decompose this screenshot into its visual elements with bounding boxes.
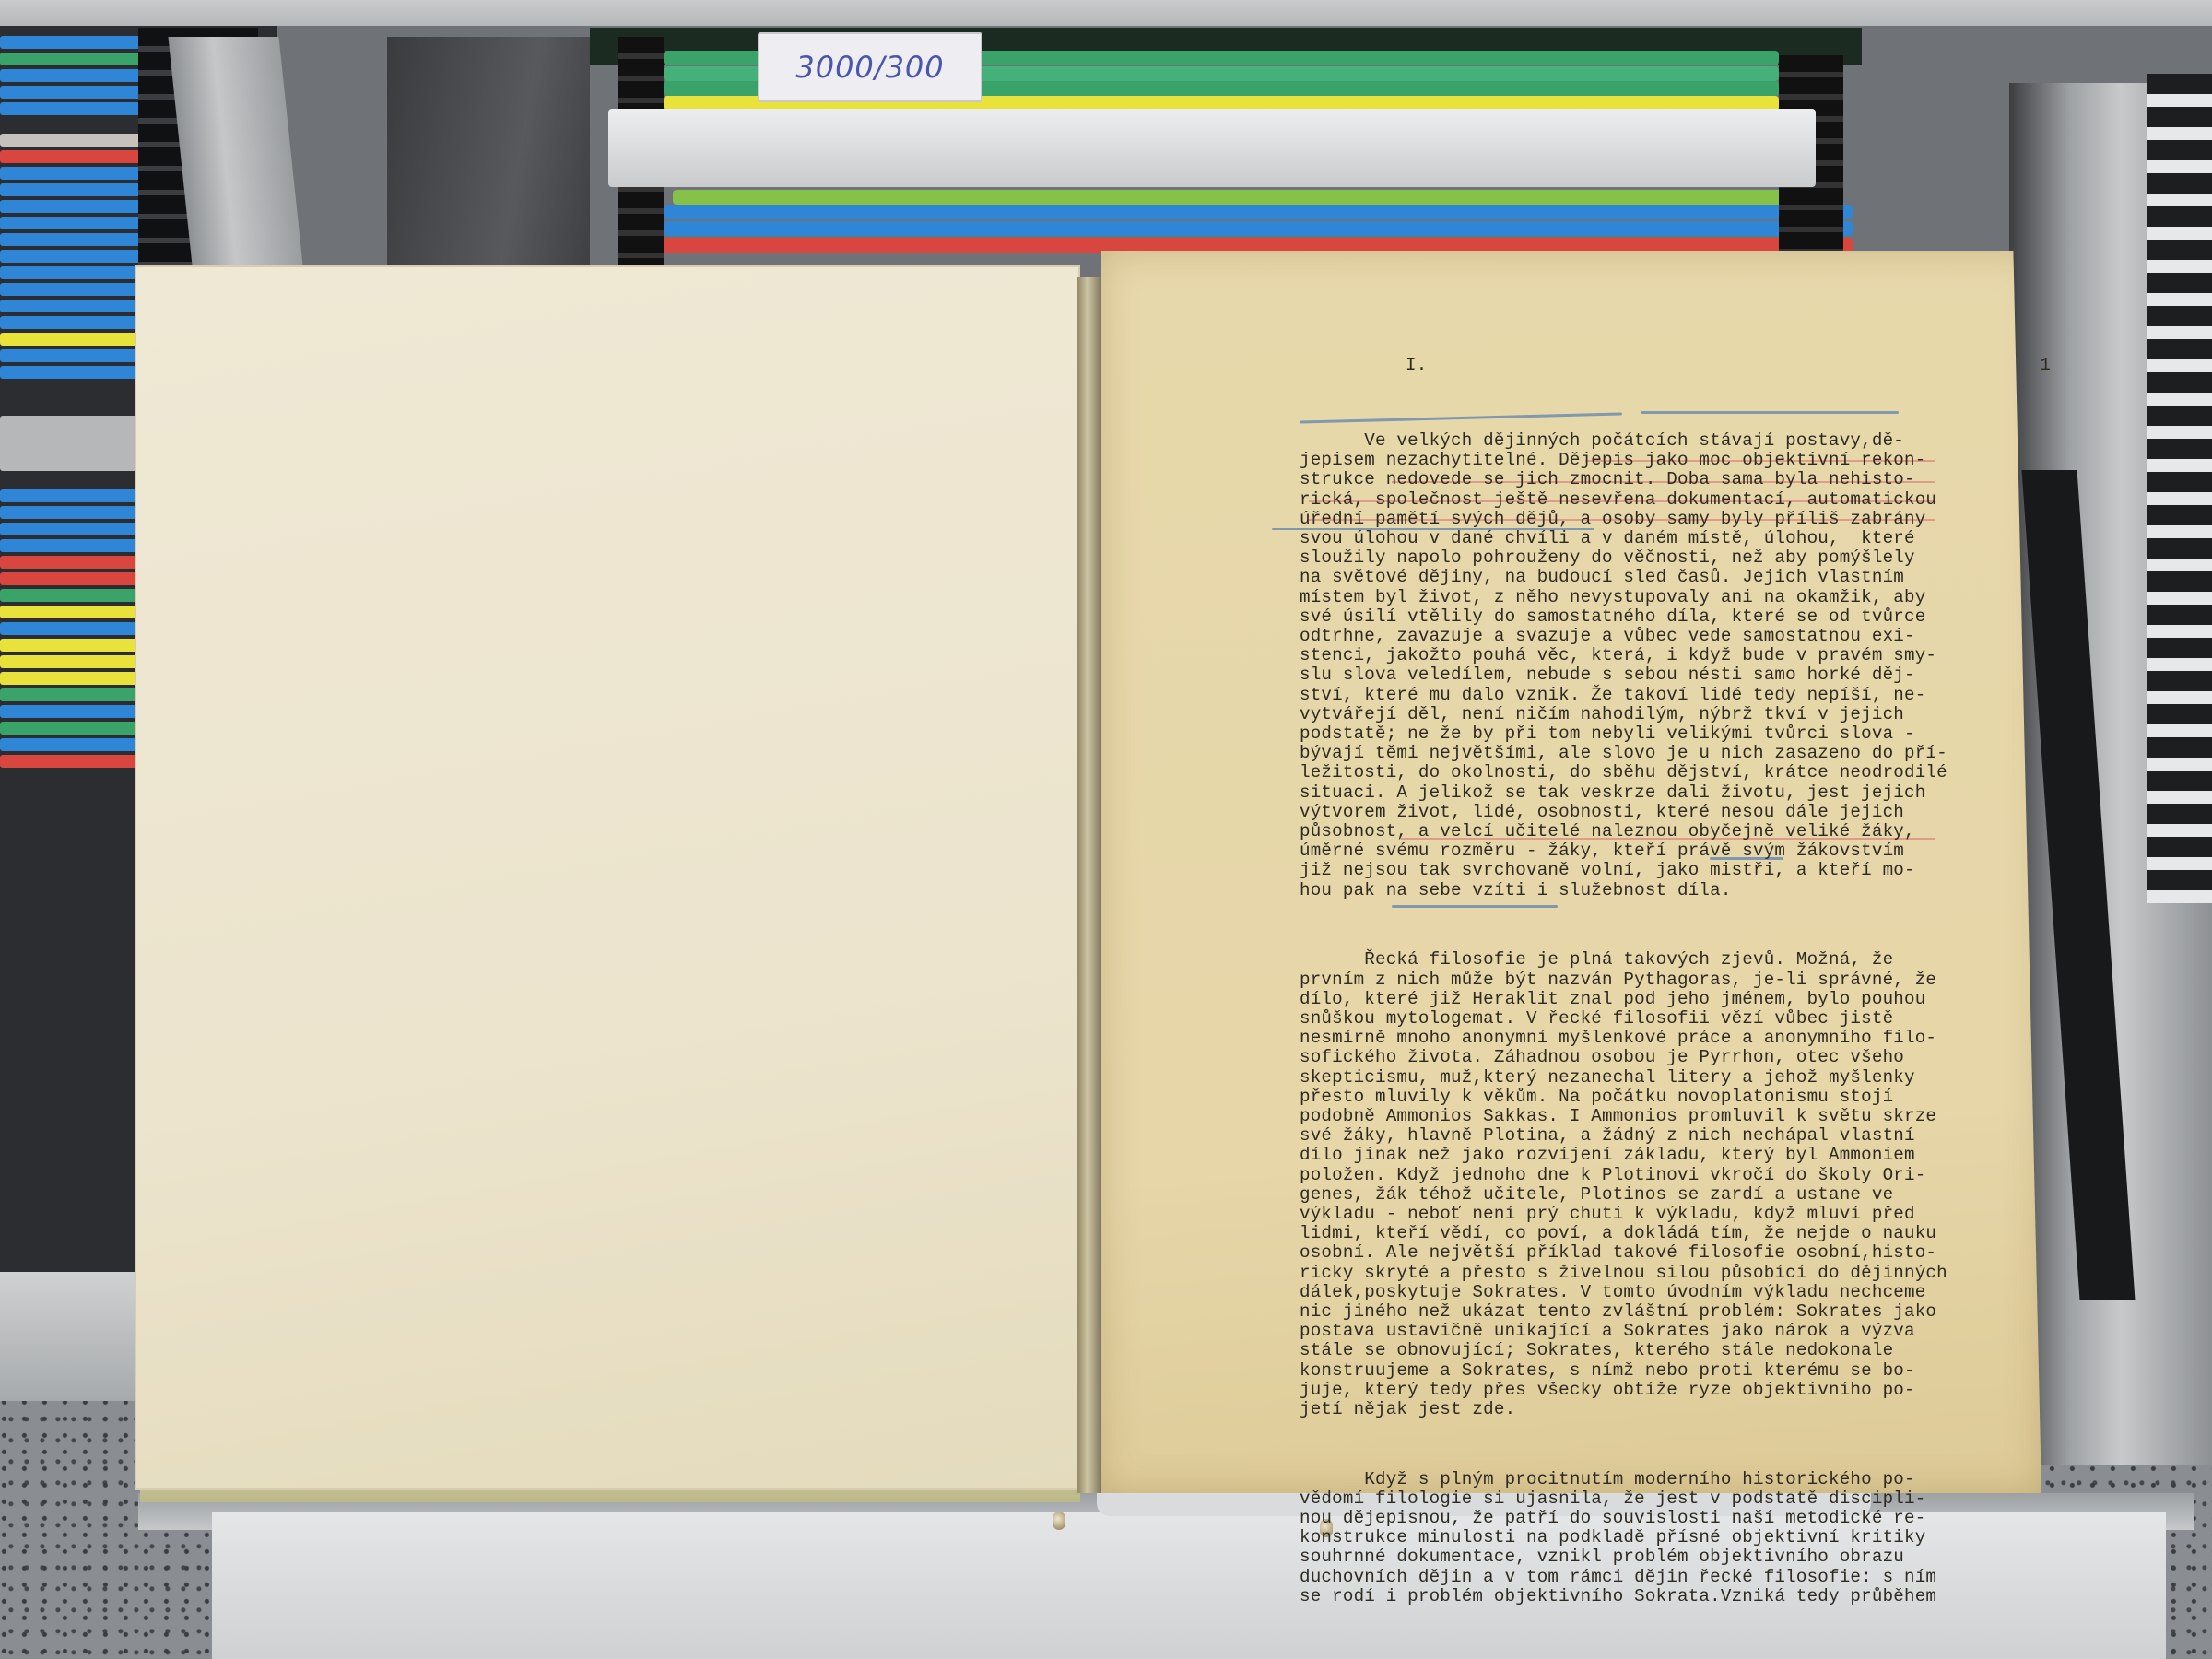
- text-line: položen. Když jednoho dne k Plotinovi vk…: [1300, 1166, 2000, 1185]
- text-line: dílo jinak než jako rozvíjení základu, k…: [1300, 1146, 2000, 1165]
- text-line: nou dějepisnou, že patří do souvislosti …: [1300, 1509, 2000, 1528]
- text-line: výtvorem život, lidé, osobnosti, které n…: [1300, 803, 2000, 822]
- text-line: Když s plným procitnutím moderního histo…: [1300, 1470, 2000, 1489]
- drawer-label-text: 3000/300: [795, 50, 944, 85]
- text-line: situaci. A jelikož se tak veskrze dali ž…: [1300, 783, 2000, 803]
- text-line: jetí nějak jest zde.: [1300, 1400, 2000, 1419]
- text-line: slu slova veledílem, nebude s sebou nést…: [1300, 665, 2000, 685]
- left-page-blank[interactable]: [136, 267, 1078, 1488]
- text-line: prvním z nich může být nazván Pythagoras…: [1300, 971, 2000, 990]
- typewritten-text: I. 1 Ve velkých dějinných počátcích stáv…: [1300, 317, 2000, 1637]
- drawer-label-tab: 3000/300: [758, 32, 982, 102]
- text-line: osobní. Ale největší příklad takové filo…: [1300, 1243, 2000, 1263]
- text-line: ricky skryté a přesto s živelnou silou p…: [1300, 1264, 2000, 1283]
- text-line: souhrnné dokumentace, vznikl problém obj…: [1300, 1547, 2000, 1567]
- paragraph-1: Ve velkých dějinných počátcích stávají p…: [1300, 431, 2000, 900]
- text-line: skepticismu, muž,který nezanechal litery…: [1300, 1068, 2000, 1088]
- chapter-number: I.: [1406, 356, 1427, 375]
- text-line: přesto mluvily k věkům. Na počátku novop…: [1300, 1088, 2000, 1107]
- text-line: genes, žák téhož učitele, Plotinos se za…: [1300, 1185, 2000, 1205]
- text-line: konstrukce minulosti na podkladě přísné …: [1300, 1528, 2000, 1547]
- text-line: konstruujeme a Sokrates, s nímž nebo pro…: [1300, 1361, 2000, 1381]
- text-line: stále se obnovující; Sokrates, kterého s…: [1300, 1341, 2000, 1360]
- text-line: odtrhne, zavazuje a svazuje a vůbec vede…: [1300, 627, 2000, 646]
- text-line: lidmi, kteří vědí, co poví, a dokládá tí…: [1300, 1224, 2000, 1243]
- text-line: ství, které mu dalo vznik. Že takoví lid…: [1300, 686, 2000, 705]
- text-line: úřední pamětí svých dějů, a osoby samy b…: [1300, 510, 2000, 529]
- text-line: snůškou mytologemat. V řecké filosofii v…: [1300, 1009, 2000, 1029]
- text-line: se rodí i problém objektivního Sokrata.V…: [1300, 1587, 2000, 1606]
- text-line: strukce nedovede se jich zmocnit. Doba s…: [1300, 470, 2000, 489]
- text-line: podstatě; ne že by při tom nebyli veliký…: [1300, 724, 2000, 744]
- text-line: úměrné svému rozměru - žáky, kteří právě…: [1300, 841, 2000, 861]
- text-line: podobně Ammonios Sakkas. I Ammonios prom…: [1300, 1107, 2000, 1126]
- page-number: 1: [2040, 356, 2051, 375]
- text-line: svou úlohou v dané chvíli a v daném míst…: [1300, 529, 2000, 548]
- text-line: duchovních dějin a v tom rámci dějin řec…: [1300, 1568, 2000, 1587]
- text-line: výkladu - neboť není prý chuti k výkladu…: [1300, 1205, 2000, 1224]
- text-line: své žáky, hlavně Plotina, a žádný z nich…: [1300, 1126, 2000, 1146]
- text-line: vědomí filologie si ujasnila, že jest v …: [1300, 1489, 2000, 1509]
- screw-icon: [1053, 1512, 1065, 1530]
- text-line: hou pak na sebe vzíti i služebnost díla.: [1300, 881, 2000, 900]
- paragraph-2: Řecká filosofie je plná takových zjevů. …: [1300, 950, 2000, 1419]
- text-line: Ve velkých dějinných počátcích stávají p…: [1300, 431, 2000, 451]
- text-line: sloužily napolo pohrouženy do věčnosti, …: [1300, 548, 2000, 568]
- text-line: vytvářejí děl, není ničím nahodilým, nýb…: [1300, 705, 2000, 724]
- text-line: nic jiného než ukázat tento zvláštní pro…: [1300, 1302, 2000, 1322]
- text-line: juje, který tedy přes všecky obtíže ryze…: [1300, 1381, 2000, 1400]
- text-line: působnost, a velcí učitelé naleznou obyč…: [1300, 822, 2000, 841]
- text-line: rická, společnost ještě nesevřena dokume…: [1300, 490, 2000, 510]
- white-folder-rail: [608, 109, 1816, 187]
- text-line: dílo, které již Heraklit znal pod jeho j…: [1300, 990, 2000, 1009]
- text-line: bývají těmi největšími, ale slovo je u n…: [1300, 744, 2000, 763]
- text-line: dálek,poskytuje Sokrates. V tomto úvodní…: [1300, 1283, 2000, 1302]
- text-line: místem byl život, z něho nevystupovaly a…: [1300, 588, 2000, 607]
- paragraph-3: Když s plným procitnutím moderního histo…: [1300, 1470, 2000, 1606]
- text-line: Řecká filosofie je plná takových zjevů. …: [1300, 950, 2000, 970]
- text-line: ležitosti, do okolnosti, do sběhu dějstv…: [1300, 763, 2000, 782]
- text-line: jepisem nezachytitelné. Dějepis jako moc…: [1300, 451, 2000, 470]
- left-drawer-front: [0, 1272, 147, 1401]
- text-line: na světové dějiny, na budoucí sled časů.…: [1300, 568, 2000, 587]
- right-folder-tabs: [2147, 74, 2212, 903]
- text-line: stenci, jakožto pouhá věc, která, i když…: [1300, 646, 2000, 665]
- manuscript-spine: [1077, 276, 1104, 1493]
- text-line: nesmírně mnoho anonymní myšlenkové práce…: [1300, 1029, 2000, 1048]
- text-line: již nejsou tak svrchovaně volní, jako mi…: [1300, 861, 2000, 880]
- text-line: své úsilí vtělily do samostatného díla, …: [1300, 607, 2000, 627]
- text-line: postava ustavičně unikající a Sokrates j…: [1300, 1322, 2000, 1341]
- page-header: I. 1: [1406, 356, 1940, 375]
- text-line: sofického života. Záhadnou osobou je Pyr…: [1300, 1048, 2000, 1067]
